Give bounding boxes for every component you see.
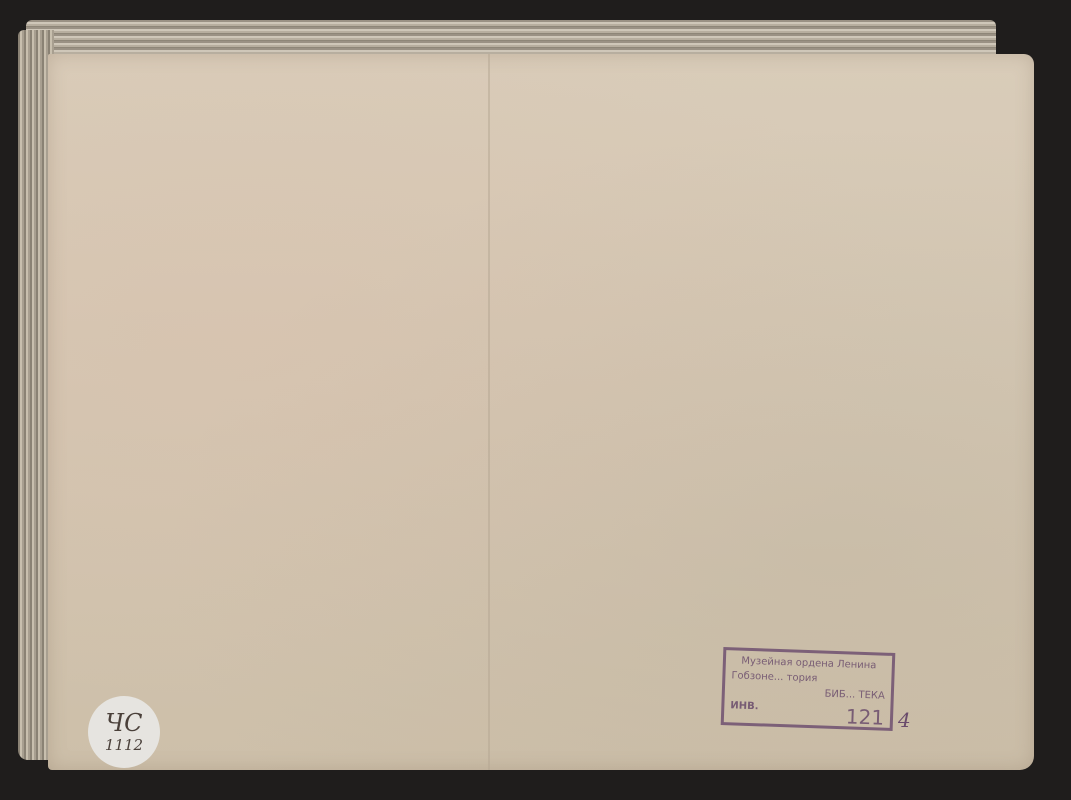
- book-cover: ЧС 1112 Музейная ордена Ленина Гобзоне..…: [48, 54, 1034, 770]
- handwritten-suffix: 4: [898, 708, 911, 732]
- stamp-inventory-number: 121: [846, 709, 885, 725]
- shelfmark-letters: ЧС: [106, 710, 143, 736]
- library-stamp: Музейная ордена Ленина Гобзоне... тория …: [721, 647, 896, 731]
- book: ЧС 1112 Музейная ордена Ленина Гобзоне..…: [18, 20, 1034, 772]
- cover-fold-line: [488, 54, 490, 770]
- shelfmark-number: 1112: [105, 736, 143, 754]
- shelfmark-label: ЧС 1112: [88, 696, 160, 768]
